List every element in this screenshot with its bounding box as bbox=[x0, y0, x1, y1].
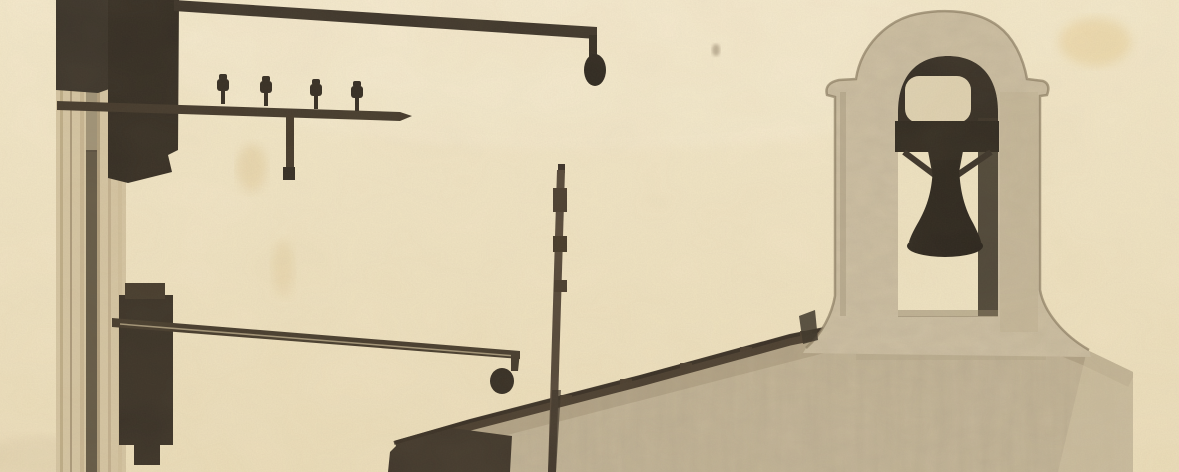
vintage-postcard-photo bbox=[0, 0, 1179, 472]
photo-grain bbox=[0, 0, 1179, 472]
photo-canvas bbox=[0, 0, 1179, 472]
